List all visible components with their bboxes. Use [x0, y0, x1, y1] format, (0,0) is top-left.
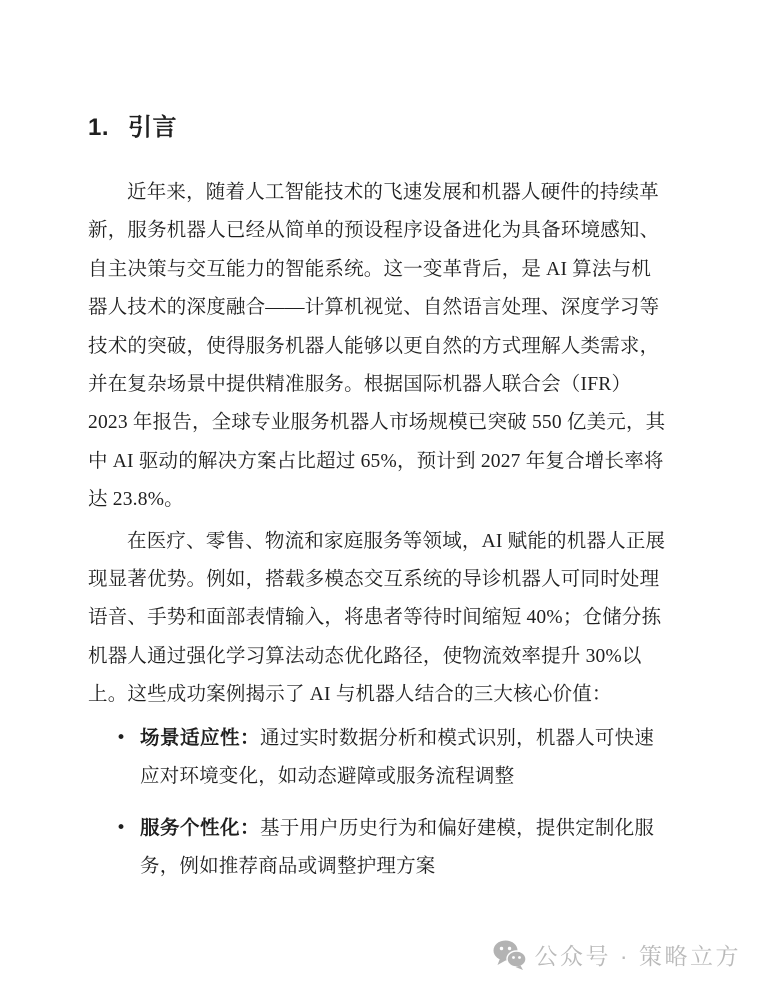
- text-line: 中 AI 驱动的解决方案占比超过 65%，预计到 2027 年复合增长率将: [88, 443, 688, 481]
- text-line: 现显著优势。例如，搭载多模态交互系统的导诊机器人可同时处理: [88, 561, 688, 599]
- text-line: 自主决策与交互能力的智能系统。这一变革背后，是 AI 算法与机: [88, 251, 688, 289]
- text-line: 并在复杂场景中提供精准服务。根据国际机器人联合会（IFR）: [88, 366, 688, 404]
- text-line: 在医疗、零售、物流和家庭服务等领域，AI 赋能的机器人正展: [88, 523, 688, 561]
- list-item: • 服务个性化：基于用户历史行为和偏好建模，提供定制化服 务，例如推荐商品或调整…: [88, 809, 688, 887]
- heading-number: 1.: [88, 112, 109, 144]
- text-line: 上。这些成功案例揭示了 AI 与机器人结合的三大核心价值：: [88, 676, 688, 714]
- text-line: 达 23.8%。: [88, 481, 688, 519]
- text-line: 2023 年报告，全球专业服务机器人市场规模已突破 550 亿美元，其: [88, 404, 688, 442]
- text-line: 技术的突破，使得服务机器人能够以更自然的方式理解人类需求，: [88, 328, 688, 366]
- bullet-text: 通过实时数据分析和模式识别，机器人可快速: [260, 728, 654, 749]
- text-line: 语音、手势和面部表情输入，将患者等待时间缩短 40%；仓储分拣: [88, 599, 688, 637]
- paragraph-1: 近年来，随着人工智能技术的飞速发展和机器人硬件的持续革 新，服务机器人已经从简单…: [88, 174, 688, 520]
- bullet-marker: •: [116, 719, 126, 757]
- text-line: 近年来，随着人工智能技术的飞速发展和机器人硬件的持续革: [88, 174, 688, 212]
- text-line: 新，服务机器人已经从简单的预设程序设备进化为具备环境感知、: [88, 212, 688, 250]
- text-line: 器人技术的深度融合——计算机视觉、自然语言处理、深度学习等: [88, 289, 688, 327]
- text-line: 机器人通过强化学习算法动态优化路径，使物流效率提升 30%以: [88, 638, 688, 676]
- bullet-marker: •: [116, 809, 126, 847]
- watermark-text: 公众号 · 策略立方: [535, 938, 741, 971]
- paragraph-2: 在医疗、零售、物流和家庭服务等领域，AI 赋能的机器人正展 现显著优势。例如，搭…: [88, 523, 688, 715]
- text-line: 应对环境变化，如动态避障或服务流程调整: [140, 758, 688, 796]
- heading-title: 引言: [128, 112, 177, 144]
- text-line: 服务个性化：基于用户历史行为和偏好建模，提供定制化服: [140, 809, 688, 848]
- bullet-lead: 服务个性化：: [140, 817, 260, 839]
- wechat-icon: [493, 940, 526, 970]
- document-content: 1. 引言 近年来，随着人工智能技术的飞速发展和机器人硬件的持续革 新，服务机器…: [88, 112, 688, 886]
- bullet-list: • 场景适应性：通过实时数据分析和模式识别，机器人可快速 应对环境变化，如动态避…: [88, 719, 688, 887]
- watermark-footer: 公众号 · 策略立方: [493, 938, 741, 971]
- bullet-lead: 场景适应性：: [140, 727, 260, 749]
- text-line: 务，例如推荐商品或调整护理方案: [140, 848, 688, 886]
- bullet-text: 基于用户历史行为和偏好建模，提供定制化服: [260, 818, 654, 839]
- list-item: • 场景适应性：通过实时数据分析和模式识别，机器人可快速 应对环境变化，如动态避…: [88, 719, 688, 797]
- text-line: 场景适应性：通过实时数据分析和模式识别，机器人可快速: [140, 719, 688, 758]
- section-heading: 1. 引言: [88, 112, 688, 144]
- document-page: 1. 引言 近年来，随着人工智能技术的飞速发展和机器人硬件的持续革 新，服务机器…: [0, 0, 765, 990]
